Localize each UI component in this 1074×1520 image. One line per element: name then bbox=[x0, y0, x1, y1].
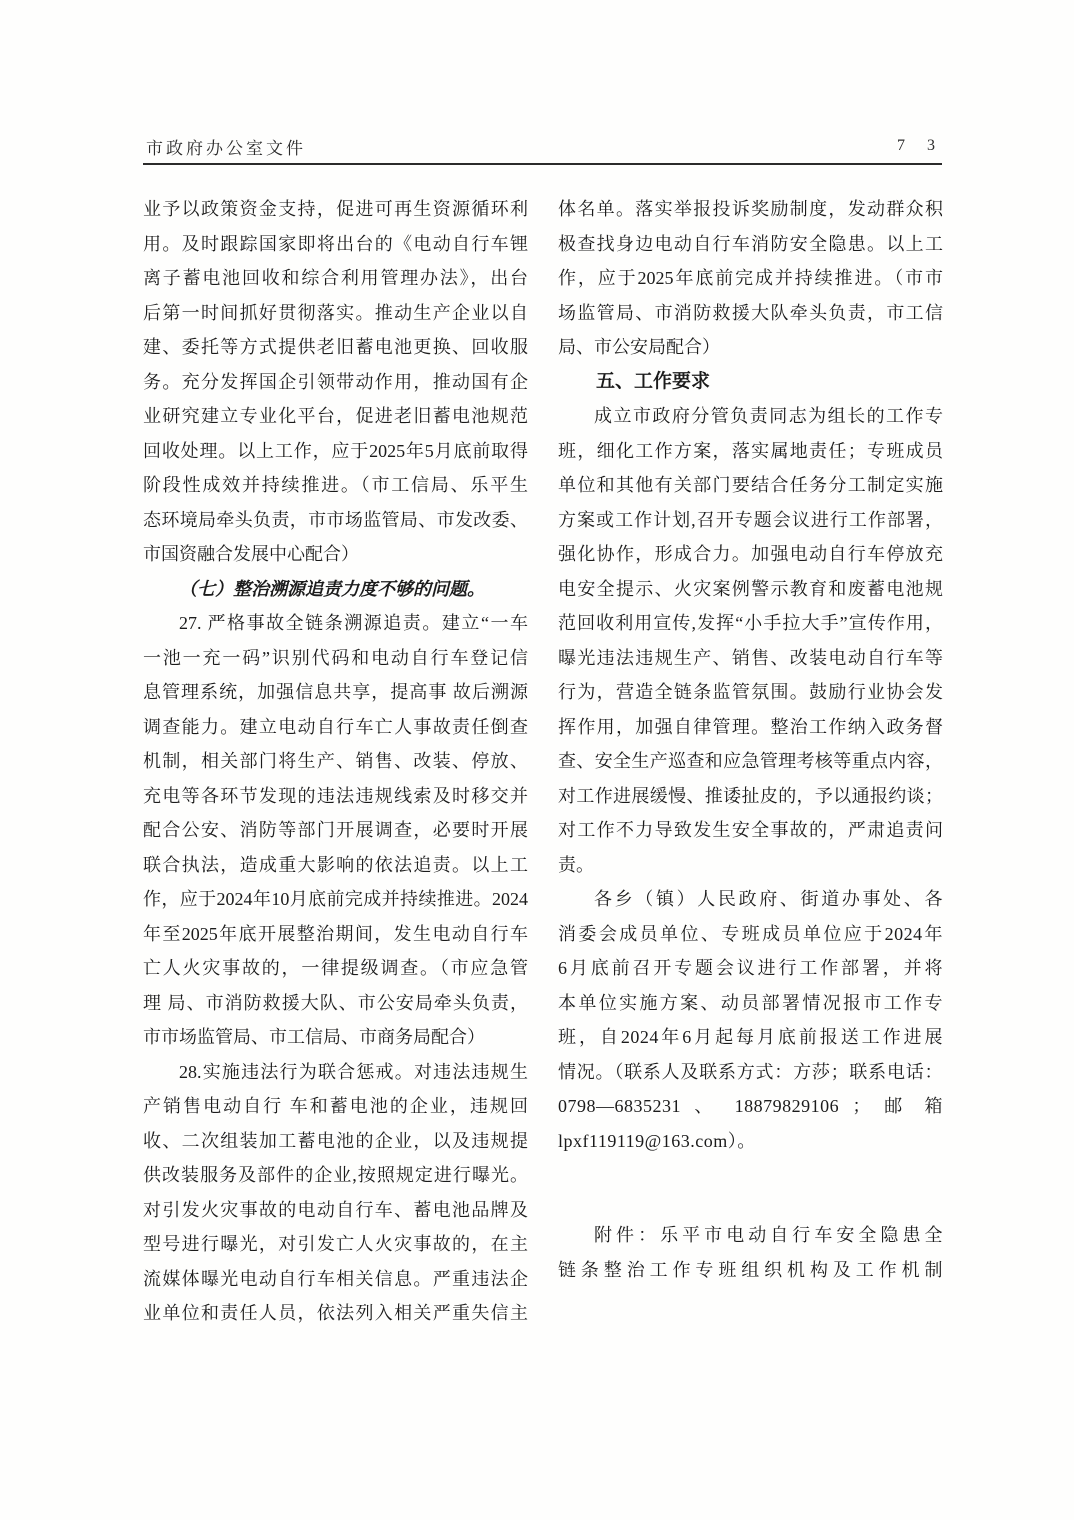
text-line: 极查找身边电动自行车消防安全隐患。以上工 bbox=[558, 227, 943, 262]
text-line: 业单位和责任人员，依法列入相关严重失信主 bbox=[143, 1296, 528, 1331]
text-line: 挥作用，加强自律管理。整治工作纳入政务督 bbox=[558, 710, 943, 745]
text-line: lpxf119119@163.com）。 bbox=[558, 1124, 943, 1159]
text-line: 业研究建立专业化平台，促进老旧蓄电池规范 bbox=[143, 399, 528, 434]
text-line: 本单位实施方案、动员部署情况报市工作专 bbox=[558, 986, 943, 1021]
right-column: 体名单。落实举报投诉奖励制度，发动群众积极查找身边电动自行车消防安全隐患。以上工… bbox=[558, 192, 943, 1331]
paragraph-gap bbox=[558, 1158, 943, 1218]
text-line: 息管理系统，加强信息共享，提高事 故后溯源 bbox=[143, 675, 528, 710]
text-line: 一池一充一码”识别代码和电动自行车登记信 bbox=[143, 641, 528, 676]
text-line: 单位和其他有关部门要结合任务分工制定实施 bbox=[558, 468, 943, 503]
text-line: 市国资融合发展中心配合） bbox=[143, 537, 528, 572]
text-line: 消委会成员单位、专班成员单位应于2024年 bbox=[558, 917, 943, 952]
text-line: 责。 bbox=[558, 848, 943, 883]
text-line: 体名单。落实举报投诉奖励制度，发动群众积 bbox=[558, 192, 943, 227]
text-line: 亡人火灾事故的，一律提级调查。（市应急管 bbox=[143, 951, 528, 986]
text-line: 班，自2024年6月起每月底前报送工作进展 bbox=[558, 1020, 943, 1055]
text-line: 充电等各环节发现的违法违规线索及时移交并 bbox=[143, 779, 528, 814]
text-line: 局、市公安局配合） bbox=[558, 330, 943, 365]
text-line: 业予以政策资金支持，促进可再生资源循环利 bbox=[143, 192, 528, 227]
text-line: 范回收利用宣传,发挥“小手拉大手”宣传作用， bbox=[558, 606, 943, 641]
body-columns: 业予以政策资金支持，促进可再生资源循环利用。及时跟踪国家即将出台的《电动自行车锂… bbox=[143, 192, 943, 1331]
text-line: 27. 严格事故全链条溯源追责。建立“一车 bbox=[143, 606, 528, 641]
page-number: 7 3 bbox=[897, 137, 944, 155]
text-line: 链条整治工作专班组织机构及工作机制 bbox=[558, 1253, 943, 1288]
text-line: 回收处理。以上工作，应于2025年5月底前取得 bbox=[143, 434, 528, 469]
text-line: 离子蓄电池回收和综合利用管理办法》，出台 bbox=[143, 261, 528, 296]
text-line: 阶段性成效并持续推进。（市工信局、乐平生 bbox=[143, 468, 528, 503]
text-line: 场监管局、市消防救援大队牵头负责，市工信 bbox=[558, 296, 943, 331]
text-line: 机制，相关部门将生产、销售、改装、停放、 bbox=[143, 744, 528, 779]
text-line: 市市场监管局、市工信局、市商务局配合） bbox=[143, 1020, 528, 1055]
text-line: 作，应于2025年底前完成并持续推进。（市市 bbox=[558, 261, 943, 296]
text-line: 0798—6835231 、 18879829106 ； 邮 箱 bbox=[558, 1089, 943, 1124]
text-line: 对工作不力导致发生安全事故的，严肃追责问 bbox=[558, 813, 943, 848]
text-line: 务。充分发挥国企引领带动作用，推动国有企 bbox=[143, 365, 528, 400]
text-line: 强化协作，形成合力。加强电动自行车停放充 bbox=[558, 537, 943, 572]
document-page: 市政府办公室文件 7 3 业予以政策资金支持，促进可再生资源循环利用。及时跟踪国… bbox=[0, 0, 1074, 1520]
text-line: 收、二次组装加工蓄电池的企业，以及违规提 bbox=[143, 1124, 528, 1159]
text-line: 成立市政府分管负责同志为组长的工作专 bbox=[558, 399, 943, 434]
text-line: 理 局、市消防救援大队、市公安局牵头负责， bbox=[143, 986, 528, 1021]
text-line: 建、委托等方式提供老旧蓄电池更换、回收服 bbox=[143, 330, 528, 365]
left-column: 业予以政策资金支持，促进可再生资源循环利用。及时跟踪国家即将出台的《电动自行车锂… bbox=[143, 192, 528, 1331]
text-line: 作，应于2024年10月底前完成并持续推进。2024 bbox=[143, 882, 528, 917]
text-line: 情况。（联系人及联系方式：方莎；联系电话： bbox=[558, 1055, 943, 1090]
text-line: 用。及时跟踪国家即将出台的《电动自行车锂 bbox=[143, 227, 528, 262]
subsection-heading: （七）整治溯源追责力度不够的问题。 bbox=[143, 572, 528, 607]
text-line: 配合公安、消防等部门开展调查，必要时开展 bbox=[143, 813, 528, 848]
text-line: 班，细化工作方案，落实属地责任；专班成员 bbox=[558, 434, 943, 469]
text-line: 后第一时间抓好贯彻落实。推动生产企业以自 bbox=[143, 296, 528, 331]
text-line: 各乡（镇）人民政府、街道办事处、各 bbox=[558, 882, 943, 917]
text-line: 调查能力。建立电动自行车亡人事故责任倒查 bbox=[143, 710, 528, 745]
text-line: 附件：乐平市电动自行车安全隐患全 bbox=[558, 1218, 943, 1253]
doc-type-label: 市政府办公室文件 bbox=[146, 134, 306, 159]
text-line: 供改装服务及部件的企业,按照规定进行曝光。 bbox=[143, 1158, 528, 1193]
text-line: 流媒体曝光电动自行车相关信息。严重违法企 bbox=[143, 1262, 528, 1297]
text-line: 查、安全生产巡查和应急管理考核等重点内容， bbox=[558, 744, 943, 779]
text-line: 行为，营造全链条监管氛围。鼓励行业协会发 bbox=[558, 675, 943, 710]
text-line: 28.实施违法行为联合惩戒。对违法违规生 bbox=[143, 1055, 528, 1090]
text-line: 对工作进展缓慢、推诿扯皮的，予以通报约谈； bbox=[558, 779, 943, 814]
text-line: 曝光违法违规生产、销售、改装电动自行车等 bbox=[558, 641, 943, 676]
text-line: 年至2025年底开展整治期间，发生电动自行车 bbox=[143, 917, 528, 952]
text-line: 联合执法，造成重大影响的依法追责。以上工 bbox=[143, 848, 528, 883]
text-line: 6月底前召开专题会议进行工作部署，并将 bbox=[558, 951, 943, 986]
header-rule bbox=[143, 163, 942, 165]
text-line: 电安全提示、火灾案例警示教育和废蓄电池规 bbox=[558, 572, 943, 607]
text-line: 对引发火灾事故的电动自行车、蓄电池品牌及 bbox=[143, 1193, 528, 1228]
text-line: 型号进行曝光，对引发亡人火灾事故的，在主 bbox=[143, 1227, 528, 1262]
text-line: 方案或工作计划,召开专题会议进行工作部署， bbox=[558, 503, 943, 538]
section-heading: 五、工作要求 bbox=[558, 365, 943, 400]
text-line: 态环境局牵头负责，市市场监管局、市发改委、 bbox=[143, 503, 528, 538]
text-line: 产销售电动自行 车和蓄电池的企业，违规回 bbox=[143, 1089, 528, 1124]
